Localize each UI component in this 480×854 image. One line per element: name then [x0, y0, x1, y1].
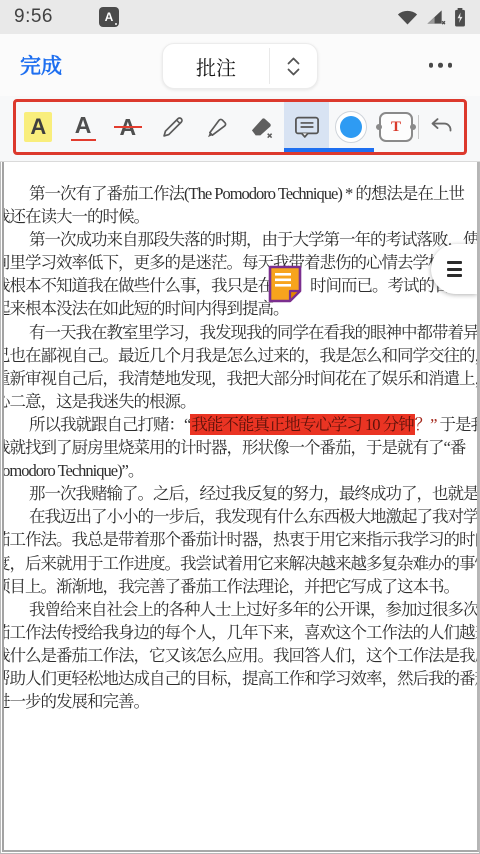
done-button[interactable]: 完成	[20, 50, 62, 80]
text-line: 第一次有了番茄工作法(The Pomodoro Technique) * 的想法…	[4, 182, 477, 205]
toolbar-red-outline: A A A	[13, 99, 467, 155]
status-bar: 9:56 A	[0, 0, 480, 34]
text-line: 茄工作法。我总是带着那个番茄计时器，热衷于用它来指示我学习的时间长	[2, 528, 477, 551]
hamburger-icon	[447, 261, 462, 264]
side-menu-handle[interactable]	[431, 244, 477, 294]
text-line: 我根本不知道我在做些什么事，我只是在时间而已。考试的日期临近	[2, 274, 477, 297]
header-bar: 完成 批注	[0, 34, 480, 96]
highlighter-pen-tool[interactable]	[195, 102, 240, 152]
text-line: 在我迈出了小小的一步后，我发现有什么东西极大地激起了我对学习番	[4, 505, 477, 528]
text-box-icon: T	[379, 112, 413, 142]
text-line: 那一次我赌输了。之后，经过我反复的努力，最终成功了，也就是专	[4, 482, 477, 505]
text-line: 项目上。渐渐地，我完善了番茄工作法理论，并把它写成了这本书。	[2, 575, 477, 598]
overflow-menu-button[interactable]	[423, 57, 459, 74]
text-line: 第一次成功来自那段失落的时期，由于大学第一年的考试落败，使我	[4, 228, 477, 251]
strikethrough-text-tool[interactable]: A	[105, 102, 150, 152]
status-icons	[397, 8, 466, 27]
undo-button[interactable]	[419, 102, 464, 152]
highlight-a-icon: A	[24, 112, 52, 142]
text-box-tool[interactable]: T	[374, 102, 419, 152]
app-screen: 9:56 A 完成 批注 A	[0, 0, 480, 854]
text-line: 进一步的发展和完善。	[2, 690, 477, 713]
text-line: 我曾给来自社会上的各种人士上过好多年的公开课，参加过很多次的番	[4, 598, 477, 621]
mode-stepper[interactable]	[270, 44, 317, 88]
highlight-text-tool[interactable]: A	[16, 102, 61, 152]
text-line: 重新审视自己后，我清楚地发现，我把大部分时间花在了娱乐和消遣上，三	[2, 367, 477, 390]
text-line: 心二意，这是我迷失的根源。	[2, 390, 477, 413]
text-line: 己也在鄙视自己。最近几个月我是怎么过来的，我是怎么和同学交往的，我	[2, 344, 477, 367]
comment-bubble-icon	[293, 113, 321, 141]
pen-tool[interactable]	[150, 102, 195, 152]
document-text: 第一次有了番茄工作法(The Pomodoro Technique) * 的想法…	[4, 182, 477, 713]
pencil-icon	[159, 114, 186, 141]
text-line: 有一天我在教室里学习，我发现我的同学在看我的眼神中都带着异样	[4, 321, 477, 344]
annotation-color-picker[interactable]	[329, 102, 374, 152]
text-line: 帮助人们更轻松地达成自己的目标，提高工作和学习效率，然后我的番茄工	[2, 667, 477, 690]
text-line: 所以我就跟自己打赌：“我能不能真正地专心学习 10 分钟？” 于是我	[4, 413, 477, 436]
highlighter-icon	[204, 114, 231, 141]
underline-text-tool[interactable]: A	[61, 102, 106, 152]
comment-tool[interactable]	[284, 102, 329, 152]
document-page[interactable]: 第一次有了番茄工作法(The Pomodoro Technique) * 的想法…	[2, 162, 479, 852]
color-dot-icon	[335, 111, 367, 143]
text-line: Pomodoro Technique)”。	[2, 459, 477, 482]
text-line: 起来根本没法在如此短的时间内得到提高。	[2, 297, 477, 320]
eraser-icon	[248, 114, 275, 141]
undo-arrow-icon	[428, 114, 455, 141]
sticky-note-annotation-icon[interactable]	[268, 265, 302, 303]
ime-keyboard-icon: A	[99, 7, 119, 27]
text-line: 度，后来就用于工作进度。我尝试着用它来解决越来越多复杂难办的事情和	[2, 552, 477, 575]
underline-a-icon: A	[71, 113, 96, 142]
chevron-down-icon	[287, 68, 300, 76]
strikethrough-a-icon: A	[114, 112, 142, 142]
eraser-tool[interactable]	[240, 102, 285, 152]
text-line: 我就找到了厨房里烧菜用的计时器，形状像一个番茄，于是就有了“番	[2, 436, 477, 459]
cellular-signal-icon	[426, 9, 446, 26]
text-line: 茄工作法传授给我身边的每个人，几年下来，喜欢这个工作法的人们越来越	[2, 621, 477, 644]
text-line: 间里学习效率低下，更多的是迷茫。每天我带着悲伤的心情去学校，默默	[2, 251, 477, 274]
annotation-toolbar: A A A	[0, 96, 480, 162]
clock: 9:56	[14, 6, 53, 28]
mode-label: 批注	[163, 44, 269, 88]
mode-selector[interactable]: 批注	[162, 43, 318, 89]
selected-tool-group	[284, 102, 373, 152]
selected-tab-underline	[284, 148, 373, 152]
text-line: 我什么是番茄工作法，它又该怎么应用。我回答人们，这个工作法是我用来	[2, 644, 477, 667]
wifi-icon	[397, 9, 418, 25]
text-line: 我还在读大一的时候。	[2, 205, 477, 228]
chevron-up-icon	[287, 57, 300, 65]
battery-charging-icon	[454, 8, 466, 27]
